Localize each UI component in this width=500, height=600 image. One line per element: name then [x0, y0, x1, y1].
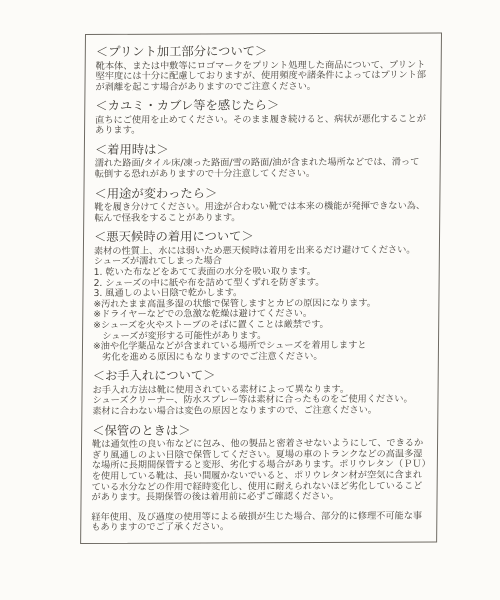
section-storage: ＜保管のときは＞ 靴は通気性の良い布などに包み、他の製品と密着させないようにして… [91, 423, 429, 504]
section-heading: ＜保管のときは＞ [92, 423, 429, 438]
care-instructions-sheet: ＜プリント加工部分について＞ 靴本体、または中敷等にロゴマークをプリント処理した… [80, 32, 442, 544]
section-line: があります。長期保管の後は着用前に必ずご確認ください。 [91, 492, 428, 504]
section-heading: ＜カユミ・カブレ等を感じたら＞ [95, 99, 432, 114]
section-line: が剥離を起こす場合がありますのでご注意ください。 [95, 81, 432, 93]
section-bad-weather: ＜悪天候時の着用について＞ 素材の性質上、水には弱いため悪天候時は着用を出来るだ… [93, 230, 431, 364]
photo-of-care-instructions: ＜プリント加工部分について＞ 靴本体、または中敷等にロゴマークをプリント処理した… [0, 0, 500, 600]
section-line: あります。 [95, 125, 432, 137]
section-line: 転んで怪我をすることがあります。 [94, 212, 431, 224]
section-line: 転倒する恐れがありますので十分注意してください。 [95, 169, 432, 181]
footer-note: 経年使用、及び過度の使用等による破損が生じた場合、部分的に修理不可能な事 もあり… [91, 511, 428, 534]
section-usage-change: ＜用途が変わったら＞ 靴を履き分けてください。用途が合わない靴では本来の機能が発… [94, 186, 431, 224]
section-when-wearing: ＜着用時は＞ 濡れた路面/タイル床/凍った路面/雪の路面/油が含まれた場所などで… [95, 142, 432, 180]
section-heading: ＜悪天候時の着用について＞ [94, 230, 431, 245]
section-print-processing: ＜プリント加工部分について＞ 靴本体、または中敷等にロゴマークをプリント処理した… [95, 44, 432, 93]
section-itch-rash: ＜カユミ・カブレ等を感じたら＞ 直ちにご使用を止めてください。そのまま履き続ける… [95, 99, 432, 137]
section-heading: ＜プリント加工部分について＞ [96, 44, 433, 59]
section-care: ＜お手入れについて＞ お手入れ方法は靴に使用されている素材によって異なります。 … [92, 369, 429, 418]
section-heading: ＜お手入れについて＞ [93, 369, 430, 384]
section-line: 劣化を進める原因にもなりますのでご注意ください。 [93, 351, 430, 363]
footer-line: もありますのでご了承ください。 [91, 522, 428, 534]
section-line: 素材に合わない場合は変色の原因となりますので、ご注意ください。 [92, 406, 429, 418]
section-heading: ＜用途が変わったら＞ [94, 186, 431, 201]
section-heading: ＜着用時は＞ [95, 142, 432, 157]
section-line: 直ちにご使用を止めてください。そのまま履き続けると、病状が悪化することが [95, 114, 432, 126]
